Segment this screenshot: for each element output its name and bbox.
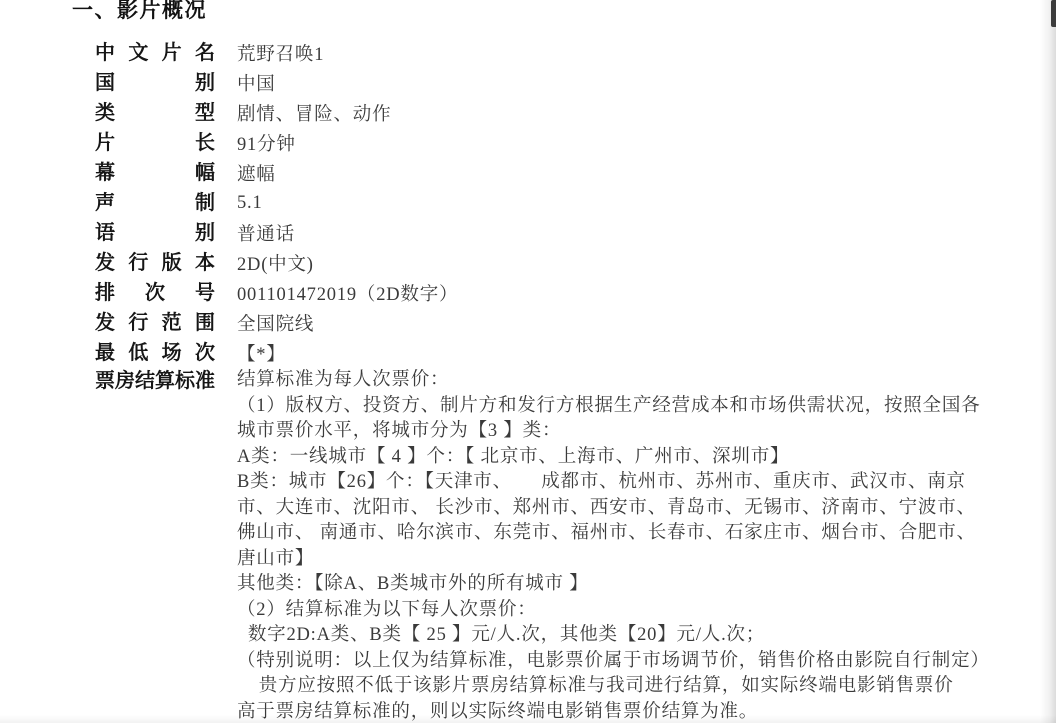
paragraph-line: A类：一线城市【 4 】个：【 北京市、上海市、广州市、深圳市】: [237, 445, 989, 471]
field-value: 001101472019（2D数字）: [237, 280, 458, 306]
field-value: 5.1: [237, 193, 263, 214]
field-value: 全国院线: [237, 310, 314, 336]
paragraph-line: 城市票价水平，将城市分为【3 】类：: [237, 419, 989, 445]
field-row: 中文片名 荒野召唤1: [95, 38, 1016, 68]
field-value: 普通话: [237, 220, 295, 246]
field-label: 类型: [95, 103, 215, 123]
field-value: 中国: [237, 70, 276, 96]
field-row: 语别 普通话: [95, 218, 1016, 248]
page-edge-shadow: [1040, 0, 1056, 723]
paragraph-line: 其他类：【除A、B类城市外的所有城市 】: [237, 572, 989, 598]
document-page: 一、影片概况 中文片名 荒野召唤1 国别 中国 类型 剧情、冒险、动作 片长 9…: [0, 0, 1056, 723]
field-label: 最低场次: [95, 343, 215, 363]
field-row: 排次号 001101472019（2D数字）: [95, 278, 1016, 308]
field-value: 2D(中文): [237, 250, 314, 276]
field-label: 排次号: [95, 283, 215, 303]
paragraph-line: （特别说明：以上仅为结算标准，电影票价属于市场调节价，销售价格由影院自行制定）: [237, 649, 989, 675]
field-row: 国别 中国: [95, 68, 1016, 98]
settlement-label: 票房结算标准: [95, 371, 215, 391]
field-row: 片长 91分钟: [95, 128, 1016, 158]
field-value: 荒野召唤1: [237, 40, 324, 66]
film-info-fields: 中文片名 荒野召唤1 国别 中国 类型 剧情、冒险、动作 片长 91分钟 幕幅 …: [95, 38, 1016, 368]
field-label: 声制: [95, 193, 215, 213]
field-label: 片长: [95, 133, 215, 153]
field-value: 【*】: [237, 340, 286, 366]
field-row: 幕幅 遮幅: [95, 158, 1016, 188]
paragraph-line: 市、大连市、沈阳市、 长沙市、郑州市、西安市、青岛市、无锡市、济南市、宁波市、: [237, 496, 989, 522]
section-heading: 一、影片概况: [72, 0, 207, 24]
field-row: 最低场次 【*】: [95, 338, 1016, 368]
paragraph-line: 唐山市】: [237, 547, 989, 573]
field-value: 遮幅: [237, 160, 276, 186]
paragraph-line: 结算标准为每人次票价：: [237, 368, 989, 394]
field-label: 幕幅: [95, 163, 215, 183]
paragraph-line: 数字2D:A类、B类【 25 】元/人.次，其他类【20】元/人.次；: [237, 623, 989, 649]
field-label: 语别: [95, 223, 215, 243]
scrollbar-thumb[interactable]: [1051, 0, 1056, 27]
paragraph-line: B类：城市【26】个：【天津市、 成都市、杭州市、苏州市、重庆市、武汉市、南京: [237, 470, 989, 496]
field-label: 国别: [95, 73, 215, 93]
paragraph-line: 贵方应按照不低于该影片票房结算标准与我司进行结算，如实际终端电影销售票价: [237, 674, 989, 700]
settlement-paragraph: 结算标准为每人次票价： （1）版权方、投资方、制片方和发行方根据生产经营成本和市…: [237, 368, 989, 723]
field-row: 发行范围 全国院线: [95, 308, 1016, 338]
field-label: 发行范围: [95, 313, 215, 333]
field-value: 剧情、冒险、动作: [237, 100, 391, 126]
field-row: 类型 剧情、冒险、动作: [95, 98, 1016, 128]
settlement-row: 票房结算标准 结算标准为每人次票价： （1）版权方、投资方、制片方和发行方根据生…: [95, 368, 989, 723]
field-row: 发行版本 2D(中文): [95, 248, 1016, 278]
paragraph-line: 佛山市、 南通市、哈尔滨市、东莞市、福州市、长春市、石家庄市、烟台市、合肥市、: [237, 521, 989, 547]
paragraph-line: （2）结算标准为以下每人次票价：: [237, 598, 989, 624]
field-row: 声制 5.1: [95, 188, 1016, 218]
paragraph-line: 高于票房结算标准的，则以实际终端电影销售票价结算为准。: [237, 700, 989, 723]
field-value: 91分钟: [237, 130, 296, 156]
field-label: 中文片名: [95, 43, 215, 63]
paragraph-line: （1）版权方、投资方、制片方和发行方根据生产经营成本和市场供需状况，按照全国各: [237, 394, 989, 420]
field-label: 发行版本: [95, 253, 215, 273]
